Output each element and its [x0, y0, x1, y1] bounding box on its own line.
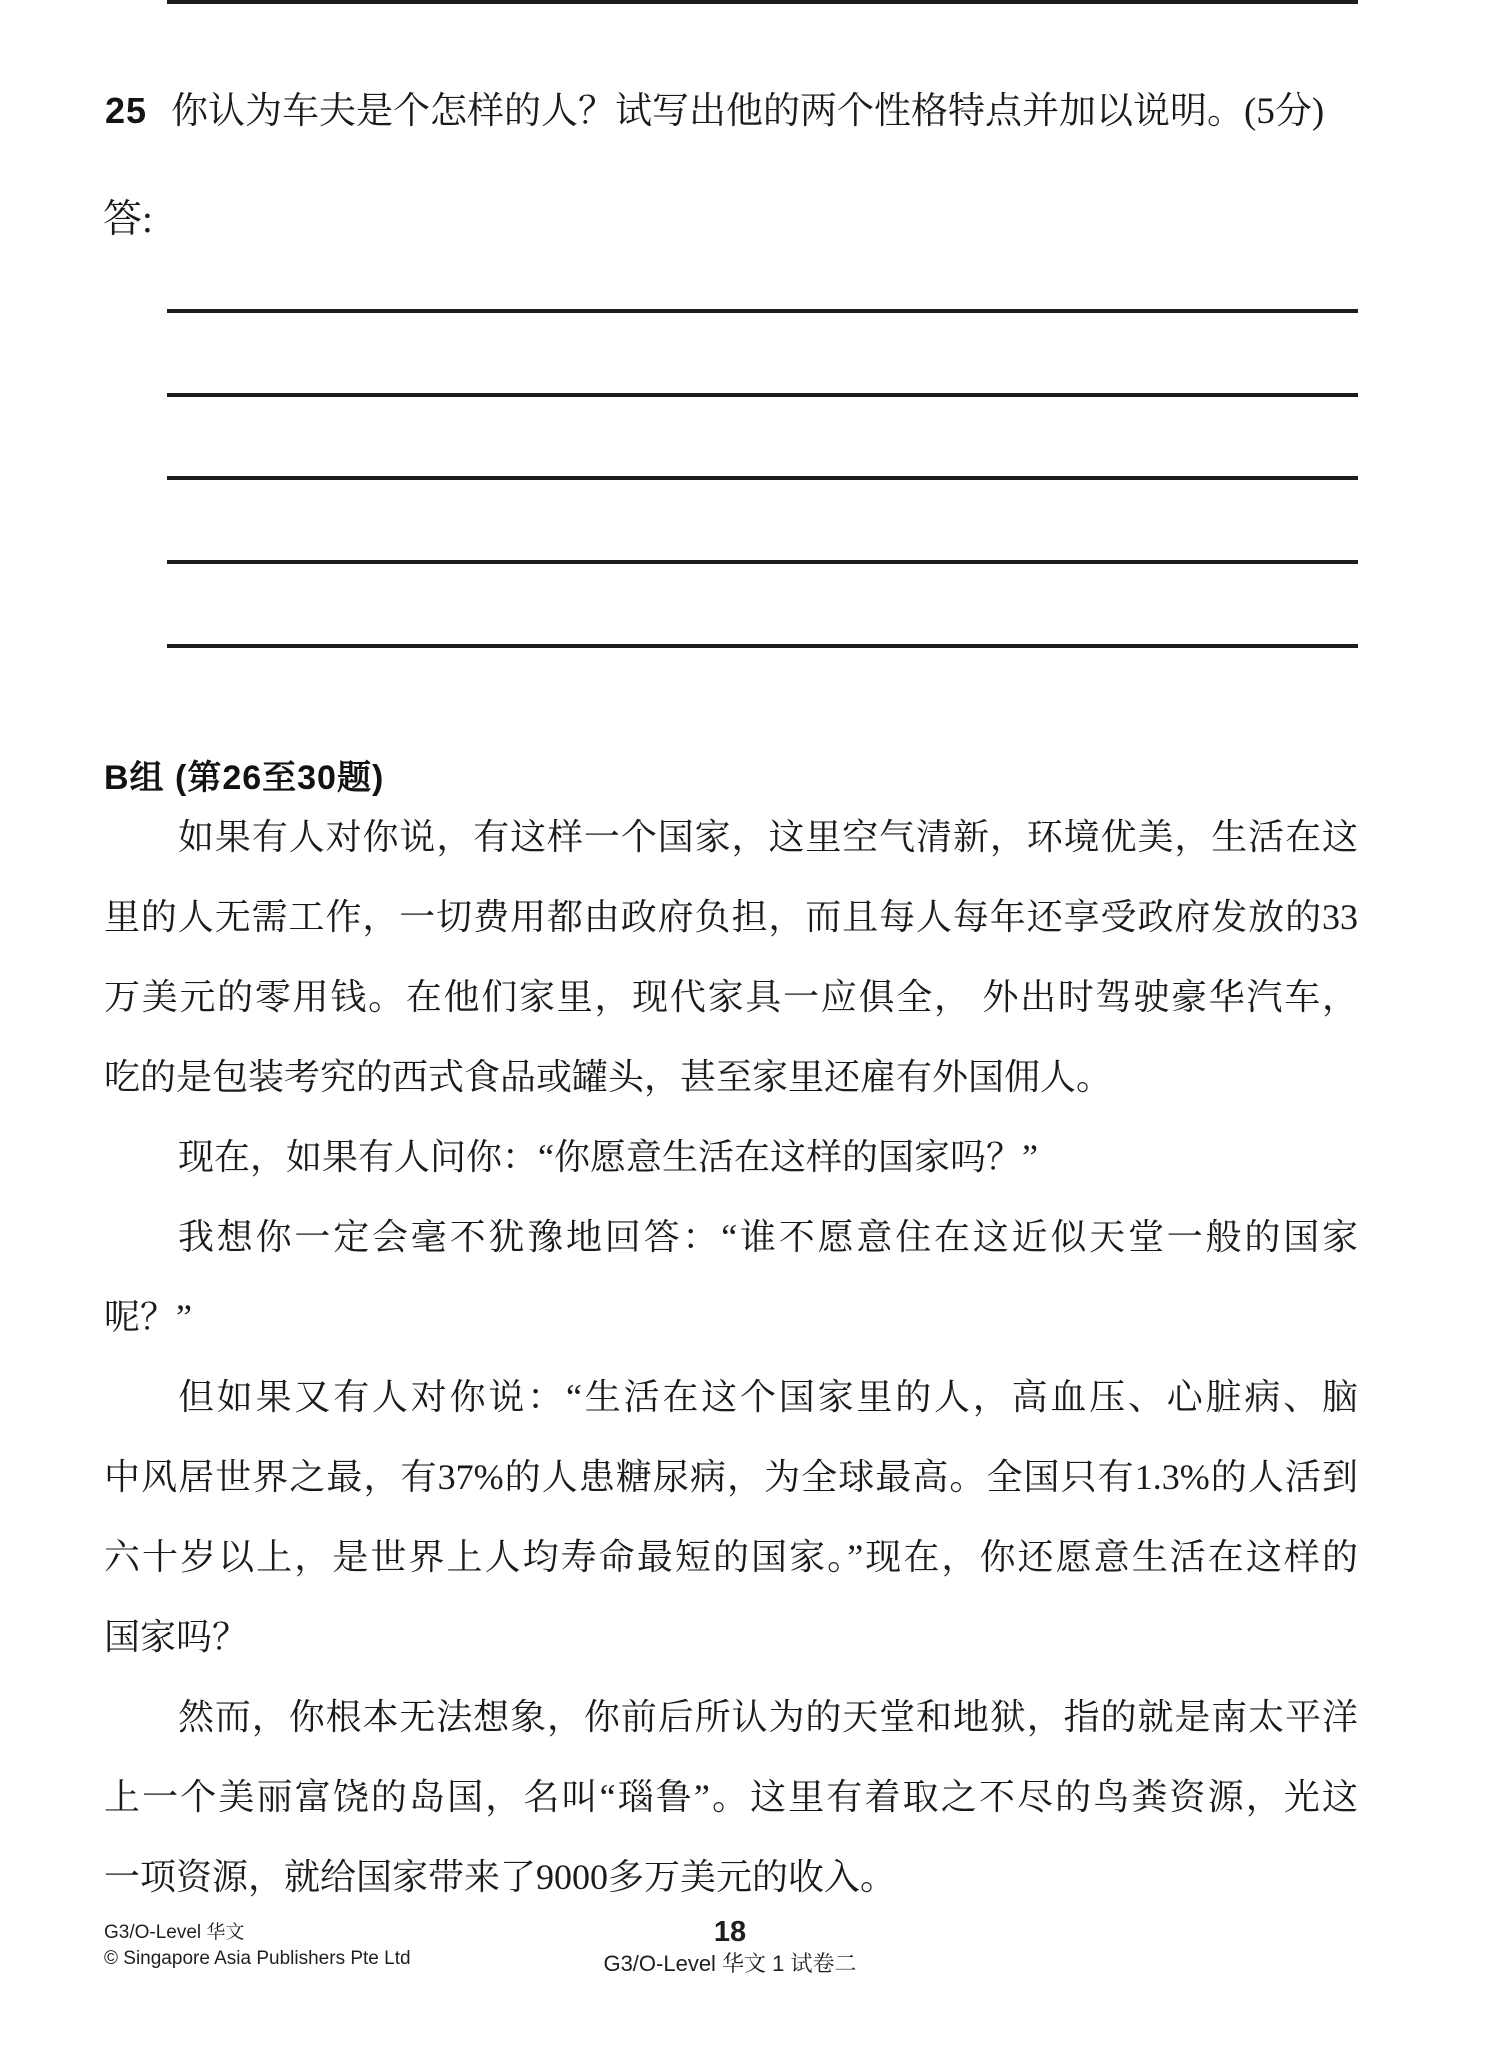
- passage-line: 呢？”: [104, 1277, 1358, 1357]
- passage-line: 现在，如果有人问你：“你愿意生活在这样的国家吗？”: [104, 1117, 1358, 1197]
- passage-line: 上一个美丽富饶的岛国，名叫“瑙鲁”。这里有着取之不尽的鸟粪资源，光这: [104, 1757, 1358, 1837]
- answer-line: [167, 644, 1358, 648]
- exam-page: 25你认为车夫是个怎样的人？试写出他的两个性格特点并加以说明。(5分) 答: B…: [0, 0, 1500, 2048]
- answer-line: [167, 0, 1358, 4]
- passage-line: 但如果又有人对你说：“生活在这个国家里的人，高血压、心脏病、脑: [104, 1357, 1358, 1437]
- passage-line: 中风居世界之最，有37%的人患糖尿病，为全球最高。全国只有1.3%的人活到: [104, 1437, 1358, 1517]
- answer-label: 答:: [103, 188, 153, 244]
- page-number: 18: [0, 1916, 1460, 1948]
- passage-line: 六十岁以上，是世界上人均寿命最短的国家。”现在，你还愿意生活在这样的: [104, 1517, 1358, 1597]
- answer-line: [167, 560, 1358, 564]
- passage-line: 国家吗？: [104, 1597, 1358, 1677]
- footer-paper-label: G3/O-Level 华文 1 试卷二: [0, 1950, 1460, 1978]
- question-number: 25: [105, 90, 147, 131]
- section-b-heading: B组 (第26至30题): [104, 750, 384, 799]
- passage-line: 万美元的零用钱。在他们家里，现代家具一应俱全， 外出时驾驶豪华汽车，: [104, 957, 1358, 1037]
- answer-line: [167, 393, 1358, 397]
- passage: 如果有人对你说，有这样一个国家，这里空气清新，环境优美，生活在这 里的人无需工作…: [104, 797, 1358, 1917]
- answer-line: [167, 476, 1358, 480]
- footer-center: 18 G3/O-Level 华文 1 试卷二: [0, 1916, 1460, 1978]
- answer-line: [167, 309, 1358, 313]
- passage-line: 里的人无需工作，一切费用都由政府负担，而且每人每年还享受政府发放的33: [104, 877, 1358, 957]
- passage-line: 如果有人对你说，有这样一个国家，这里空气清新，环境优美，生活在这: [104, 797, 1358, 877]
- passage-line: 我想你一定会毫不犹豫地回答：“谁不愿意住在这近似天堂一般的国家: [104, 1197, 1358, 1277]
- passage-line: 然而，你根本无法想象，你前后所认为的天堂和地狱，指的就是南太平洋: [104, 1677, 1358, 1757]
- question-text: 你认为车夫是个怎样的人？试写出他的两个性格特点并加以说明。(5分): [171, 91, 1324, 132]
- passage-line: 吃的是包装考究的西式食品或罐头，甚至家里还雇有外国佣人。: [104, 1037, 1358, 1117]
- passage-line: 一项资源，就给国家带来了9000多万美元的收入。: [104, 1837, 1358, 1917]
- question-25-row: 25你认为车夫是个怎样的人？试写出他的两个性格特点并加以说明。(5分): [105, 86, 1375, 137]
